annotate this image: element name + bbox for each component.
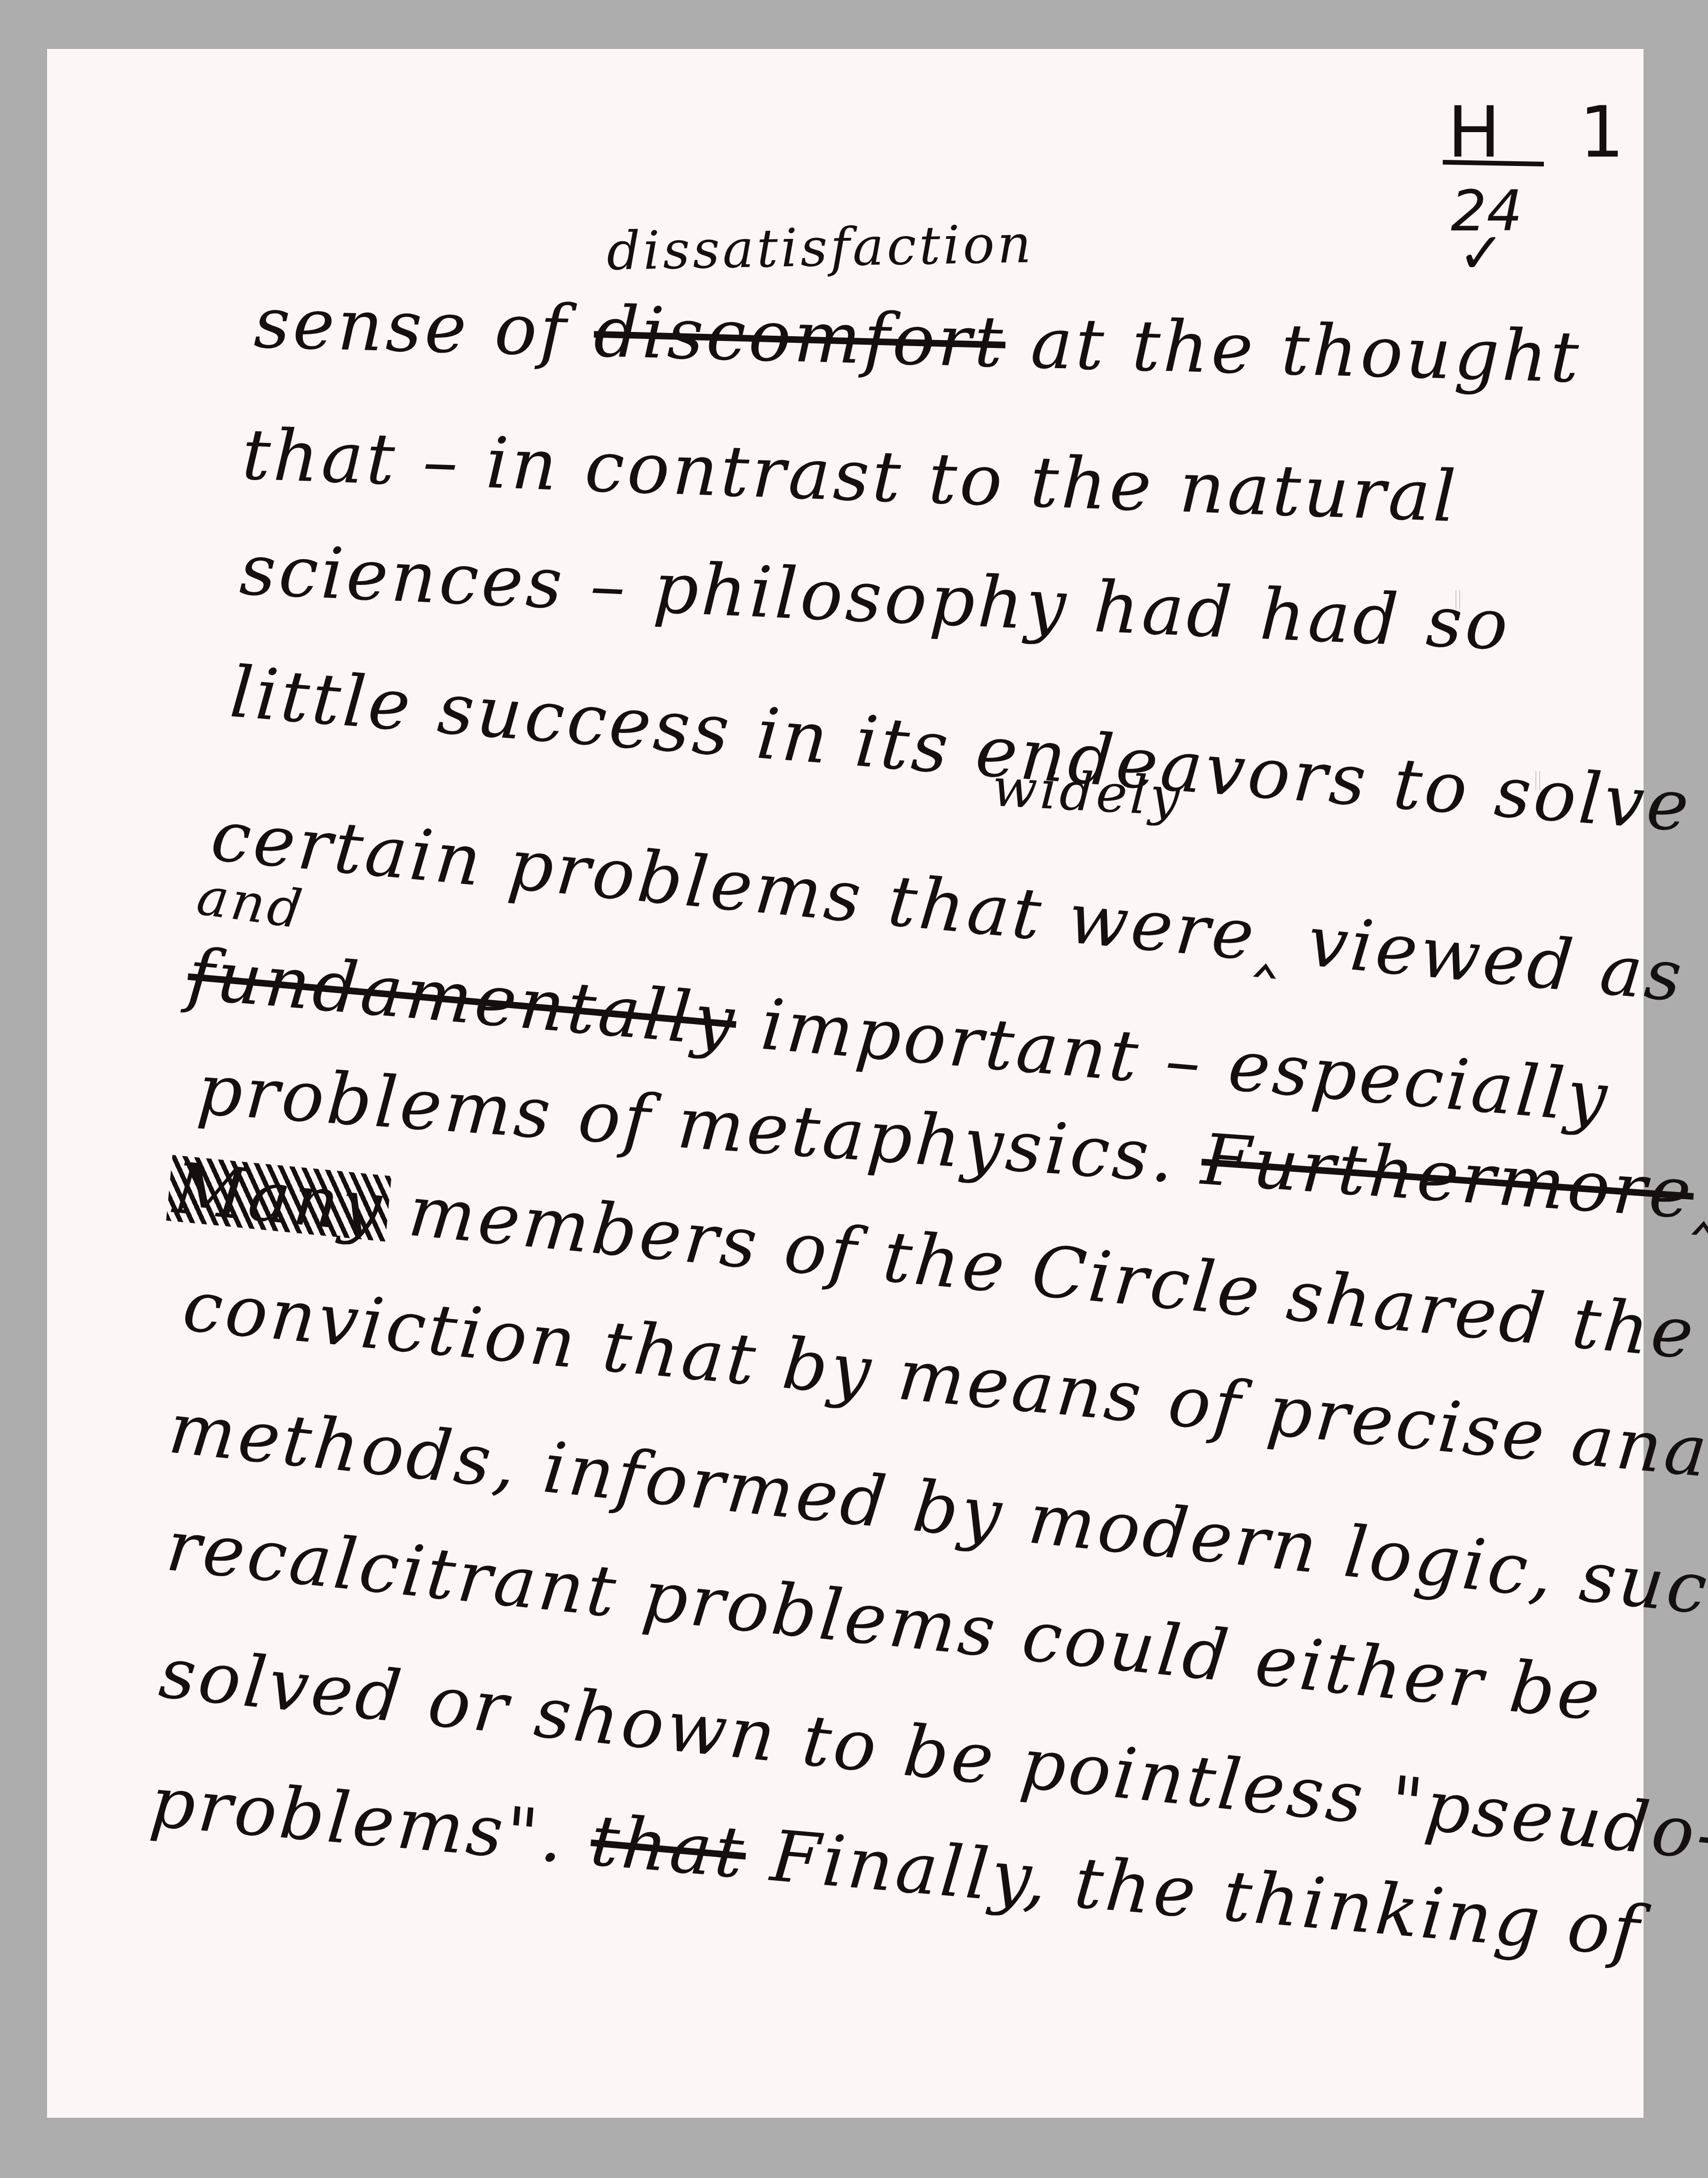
checkmark-icon: ✓ bbox=[1458, 221, 1505, 286]
line-text: at the thought bbox=[1004, 302, 1582, 399]
insertion-dissatisfaction: dissatisfaction bbox=[606, 213, 1035, 282]
struck-word: that bbox=[587, 1799, 750, 1894]
insertion-widely: widely bbox=[991, 757, 1184, 828]
line-text: sense of bbox=[253, 282, 595, 373]
struck-word: discomfort bbox=[593, 291, 1007, 384]
